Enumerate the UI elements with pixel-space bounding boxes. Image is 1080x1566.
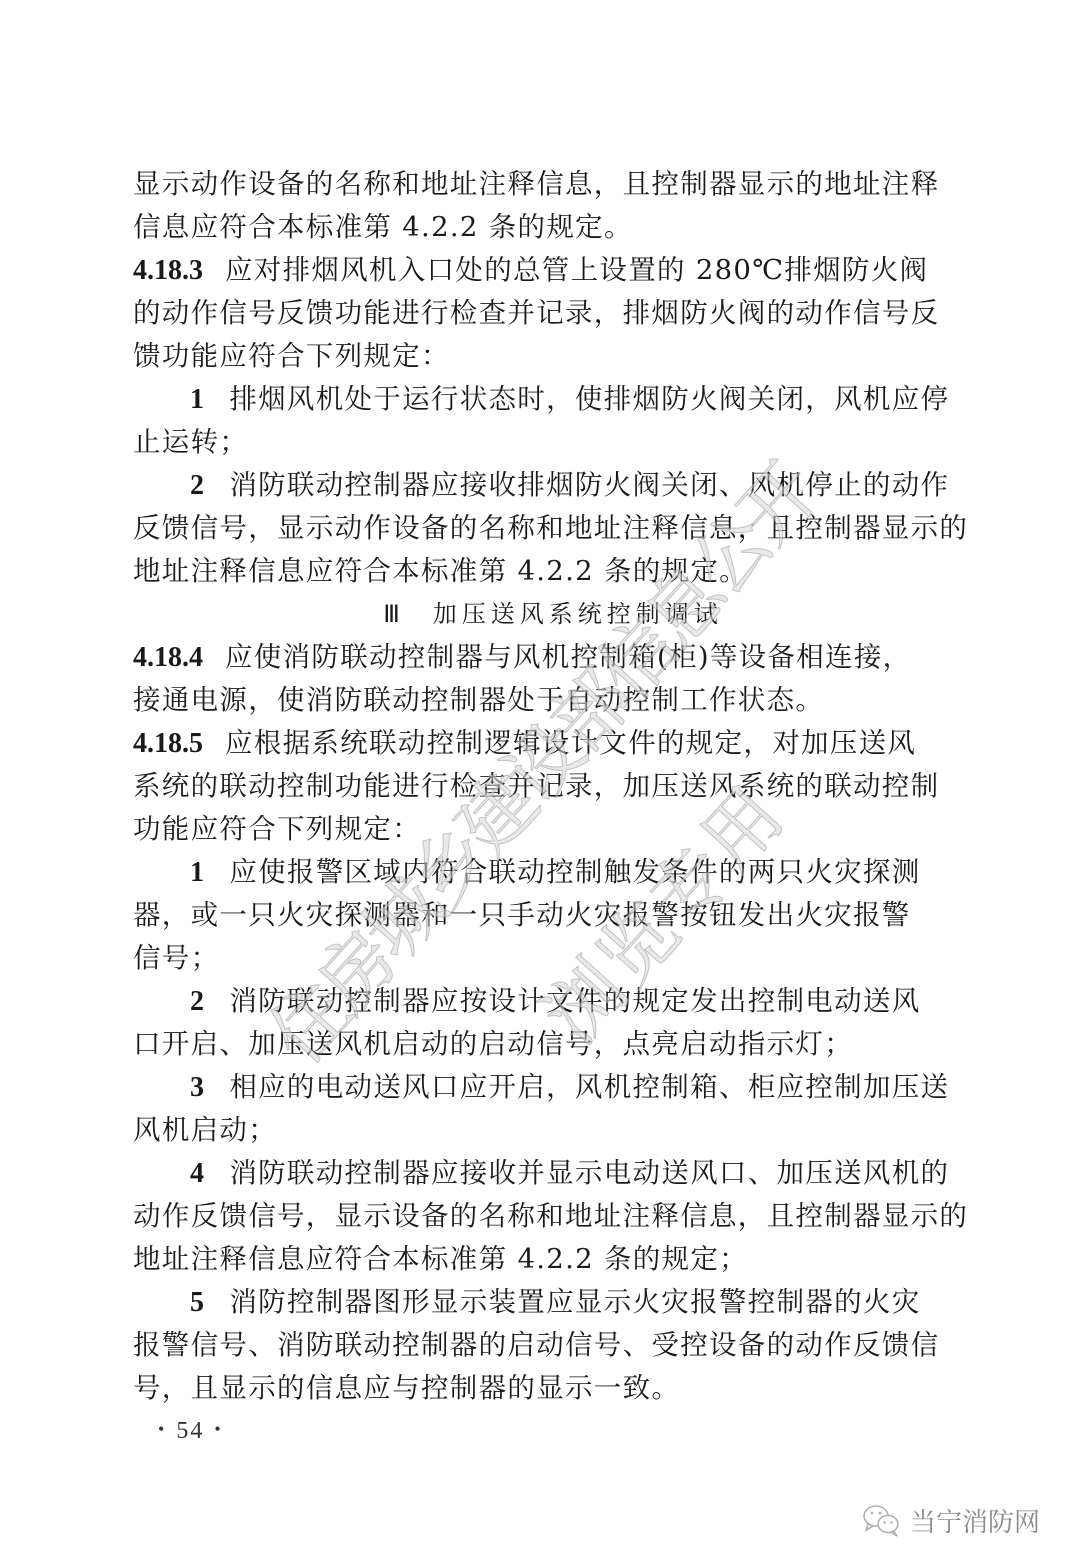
item-number: 1 (190, 851, 205, 894)
footer-brand[interactable]: 当宁消防网 (862, 1502, 1040, 1539)
list-item: 1应使报警区域内符合联动控制触发条件的两只火灾探测 (133, 851, 933, 894)
text-line: 口开启、加压送风机启动的启动信号，点亮启动指示灯； (133, 1023, 933, 1066)
item-number: 2 (190, 464, 205, 507)
text-line: 地址注释信息应符合本标准第 4.2.2 条的规定。 (133, 550, 933, 593)
wechat-icon (862, 1503, 902, 1539)
text-line: 应根据系统联动控制逻辑设计文件的规定，对加压送风 (225, 727, 916, 759)
item-number: 1 (190, 378, 205, 421)
list-item: 3相应的电动送风口应开启，风机控制箱、柜应控制加压送 (133, 1066, 933, 1109)
clause-4-18-5: 4.18.5应根据系统联动控制逻辑设计文件的规定，对加压送风 (133, 722, 933, 765)
brand-name: 当宁消防网 (910, 1502, 1040, 1539)
text-line: 的动作信号反馈功能进行检查并记录，排烟防火阀的动作信号反 (133, 292, 933, 335)
section-title: 加压送风系统控制调试 (433, 600, 723, 628)
text-line: 应对排烟风机入口处的总管上设置的 280℃排烟防火阀 (225, 254, 928, 286)
page-number: •54• (148, 1418, 233, 1445)
clause-number: 4.18.5 (133, 722, 203, 765)
bullet-dot: • (214, 1419, 222, 1439)
text-line: 消防联动控制器应接收排烟防火阀关闭、风机停止的动作 (229, 469, 949, 501)
text-line: 馈功能应符合下列规定： (133, 335, 933, 378)
document-page: 显示动作设备的名称和地址注释信息，且控制器显示的地址注释 信息应符合本标准第 4… (133, 163, 933, 1410)
list-item: 5消防控制器图形显示装置应显示火灾报警控制器的火灾 (133, 1281, 933, 1324)
text-line: 功能应符合下列规定： (133, 808, 933, 851)
section-roman-numeral: Ⅲ (383, 594, 405, 637)
text-line: 止运转； (133, 421, 933, 464)
text-line: 消防控制器图形显示装置应显示火灾报警控制器的火灾 (229, 1286, 920, 1318)
list-item: 2消防联动控制器应接收排烟防火阀关闭、风机停止的动作 (133, 464, 933, 507)
list-item: 2消防联动控制器应按设计文件的规定发出控制电动送风 (133, 980, 933, 1023)
text-line: 动作反馈信号，显示设备的名称和地址注释信息，且控制器显示的 (133, 1195, 933, 1238)
text-line: 反馈信号，显示动作设备的名称和地址注释信息，且控制器显示的 (133, 507, 933, 550)
item-number: 2 (190, 980, 205, 1023)
text-line: 系统的联动控制功能进行检查并记录，加压送风系统的联动控制 (133, 765, 933, 808)
text-line: 消防联动控制器应按设计文件的规定发出控制电动送风 (229, 985, 920, 1017)
text-line: 应使报警区域内符合联动控制触发条件的两只火灾探测 (229, 856, 920, 888)
text-line: 接通电源，使消防联动控制器处于自动控制工作状态。 (133, 679, 933, 722)
text-line: 显示动作设备的名称和地址注释信息，且控制器显示的地址注释 (133, 163, 933, 206)
text-line: 号，且显示的信息应与控制器的显示一致。 (133, 1367, 933, 1410)
list-item: 1排烟风机处于运行状态时，使排烟防火阀关闭，风机应停 (133, 378, 933, 421)
text-line: 信息应符合本标准第 4.2.2 条的规定。 (133, 206, 933, 249)
item-number: 4 (190, 1152, 205, 1195)
text-line: 风机启动； (133, 1109, 933, 1152)
text-line: 器，或一只火灾探测器和一只手动火灾报警按钮发出火灾报警 (133, 894, 933, 937)
text-line: 地址注释信息应符合本标准第 4.2.2 条的规定； (133, 1238, 933, 1281)
text-line: 应使消防联动控制器与风机控制箱(柜)等设备相连接， (225, 641, 911, 673)
text-line: 相应的电动送风口应开启，风机控制箱、柜应控制加压送 (229, 1071, 949, 1103)
clause-4-18-3: 4.18.3应对排烟风机入口处的总管上设置的 280℃排烟防火阀 (133, 249, 933, 292)
clause-number: 4.18.3 (133, 249, 203, 292)
list-item: 4消防联动控制器应接收并显示电动送风口、加压送风机的 (133, 1152, 933, 1195)
section-heading: Ⅲ加压送风系统控制调试 (133, 593, 933, 636)
page-number-value: 54 (176, 1418, 204, 1444)
item-number: 3 (190, 1066, 205, 1109)
clause-number: 4.18.4 (133, 636, 203, 679)
text-line: 信号； (133, 937, 933, 980)
item-number: 5 (190, 1281, 205, 1324)
clause-4-18-4: 4.18.4应使消防联动控制器与风机控制箱(柜)等设备相连接， (133, 636, 933, 679)
text-line: 消防联动控制器应接收并显示电动送风口、加压送风机的 (229, 1157, 949, 1189)
bullet-dot: • (158, 1419, 166, 1439)
text-line: 排烟风机处于运行状态时，使排烟防火阀关闭，风机应停 (229, 383, 949, 415)
text-line: 报警信号、消防联动控制器的启动信号、受控设备的动作反馈信 (133, 1324, 933, 1367)
